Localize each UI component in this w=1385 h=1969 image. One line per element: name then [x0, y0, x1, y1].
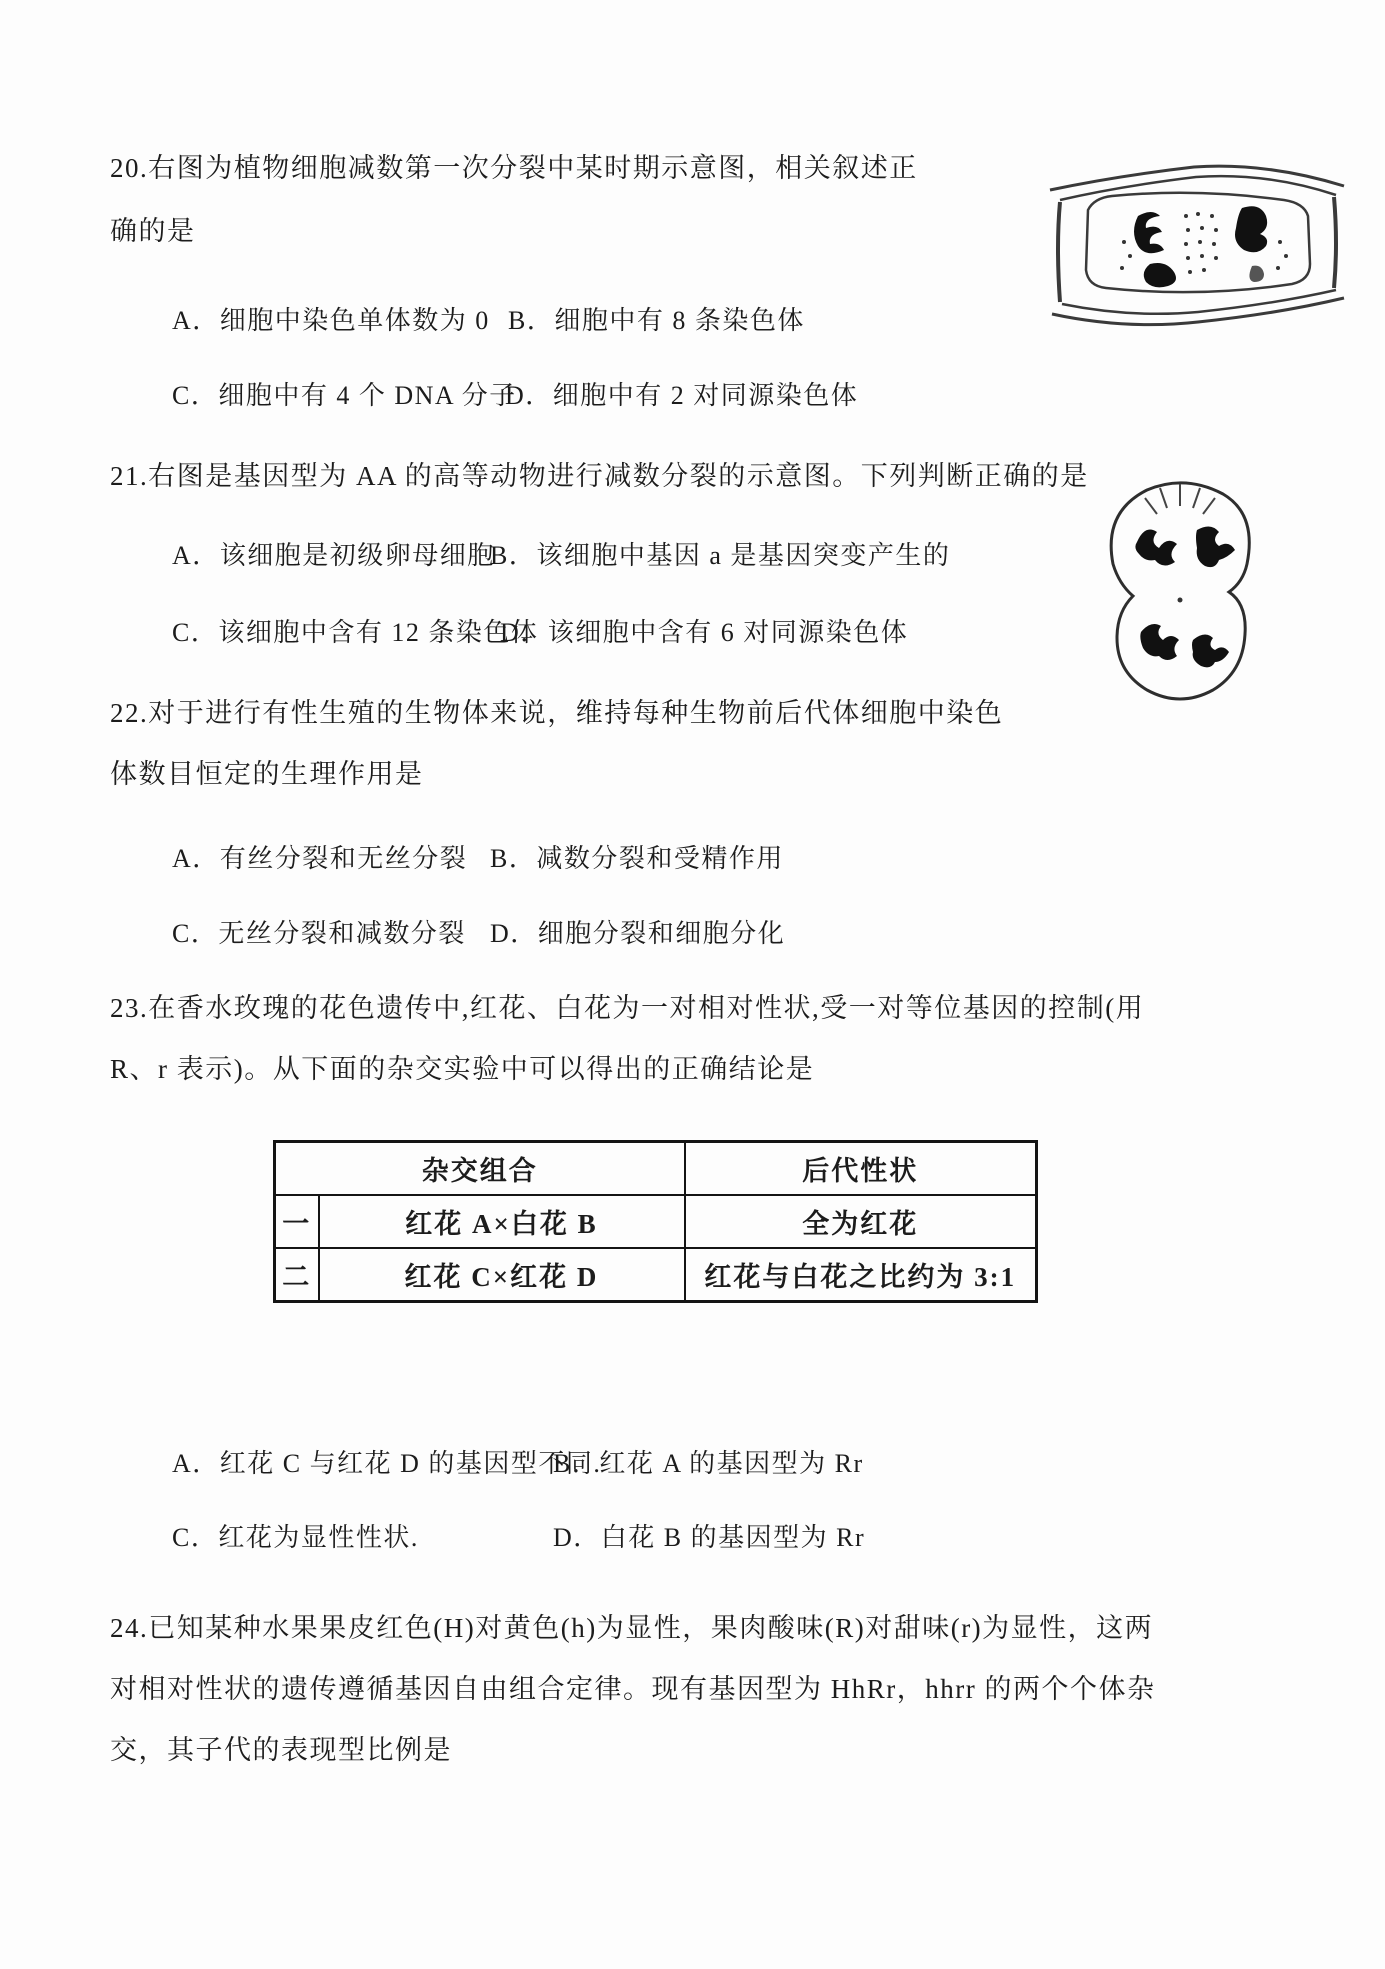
table-header-cross: 杂交组合	[275, 1142, 685, 1196]
q20-stem-line2: 确的是	[110, 215, 196, 247]
q20-option-b: B．细胞中有 8 条染色体	[508, 305, 805, 336]
q21-option-d: D．该细胞中含有 6 对同源染色体	[500, 617, 908, 648]
q22-option-d: D．细胞分裂和细胞分化	[490, 918, 785, 949]
cross-experiment-table: 杂交组合 后代性状 一 红花 A×白花 B 全为红花 二 红花 C×红花 D 红…	[273, 1140, 1038, 1303]
q22-stem-line1: 22.对于进行有性生殖的生物体来说，维持每种生物前后代体细胞中染色	[110, 697, 1003, 729]
q21-stem-line1: 21.右图是基因型为 AA 的高等动物进行减数分裂的示意图。下列判断正确的是	[110, 460, 1089, 492]
q22-stem-line2: 体数目恒定的生理作用是	[110, 758, 424, 790]
q21-option-b: B．该细胞中基因 a 是基因突变产生的	[490, 540, 950, 571]
q21-option-a: A．该细胞是初级卵母细胞	[172, 540, 495, 571]
q22-option-c: C．无丝分裂和减数分裂	[172, 918, 466, 949]
cross-cell: 红花 A×白花 B	[319, 1195, 685, 1248]
q20-stem-line1: 20.右图为植物细胞减数第一次分裂中某时期示意图，相关叙述正	[110, 152, 918, 184]
q23-option-c: C．红花为显性性状.	[172, 1522, 419, 1553]
q24-stem-line2: 对相对性状的遗传遵循基因自由组合定律。现有基因型为 HhRr，hhrr 的两个个…	[110, 1673, 1155, 1705]
cross-cell: 红花 C×红花 D	[319, 1248, 685, 1302]
exam-page: 20.右图为植物细胞减数第一次分裂中某时期示意图，相关叙述正 确的是 A．细胞中…	[0, 0, 1385, 1969]
q20-option-d: D．细胞中有 2 对同源染色体	[505, 380, 858, 411]
table-header-offspring: 后代性状	[685, 1142, 1037, 1196]
offspring-cell: 红花与白花之比约为 3:1	[685, 1248, 1037, 1302]
row-number-cell: 一	[275, 1195, 319, 1248]
q23-stem-line1: 23.在香水玫瑰的花色遗传中,红花、白花为一对相对性状,受一对等位基因的控制(用	[110, 992, 1144, 1024]
offspring-cell: 全为红花	[685, 1195, 1037, 1248]
q21-option-c: C．该细胞中含有 12 条染色体	[172, 617, 538, 648]
row-number-cell: 二	[275, 1248, 319, 1302]
q20-option-a: A．细胞中染色单体数为 0	[172, 305, 490, 336]
table-row: 一 红花 A×白花 B 全为红花	[275, 1195, 1037, 1248]
q23-option-b: B．红花 A 的基因型为 Rr	[553, 1448, 864, 1479]
q20-option-c: C．细胞中有 4 个 DNA 分子	[172, 380, 517, 411]
q22-option-a: A．有丝分裂和无丝分裂	[172, 843, 467, 874]
animal-cell-figure	[1085, 472, 1275, 712]
q22-option-b: B．减数分裂和受精作用	[490, 843, 784, 874]
plant-cell-figure	[1046, 146, 1348, 328]
q23-option-d: D．白花 B 的基因型为 Rr	[553, 1522, 865, 1553]
animal-cell-meiosis-icon	[1085, 472, 1275, 712]
q23-option-a: A．红花 C 与红花 D 的基因型不同.	[172, 1448, 601, 1479]
table-row: 二 红花 C×红花 D 红花与白花之比约为 3:1	[275, 1248, 1037, 1302]
q24-stem-line1: 24.已知某种水果果皮红色(H)对黄色(h)为显性，果肉酸味(R)对甜味(r)为…	[110, 1612, 1153, 1644]
plant-cell-meiosis-icon	[1046, 146, 1348, 328]
q24-stem-line3: 交，其子代的表现型比例是	[110, 1734, 452, 1766]
q23-stem-line2: R、r 表示)。从下面的杂交实验中可以得出的正确结论是	[110, 1053, 814, 1085]
